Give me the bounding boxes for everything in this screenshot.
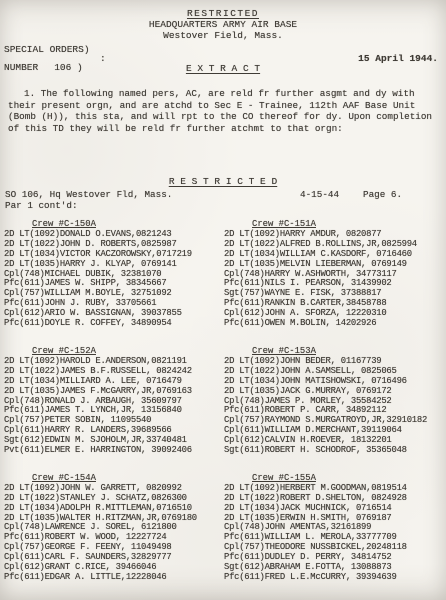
classification-mid-text: R E S T R I C T E D (169, 176, 277, 187)
crew-column-right: Crew #C-151A2D LT(1092)HARRY AMDUR, 0820… (224, 220, 444, 600)
headquarters-line: HEADQUARTERS ARMY AIR BASE (0, 19, 446, 30)
classification-banner-mid: R E S T R I C T E D (0, 176, 446, 187)
extract-title-text: E X T R A C T (186, 63, 260, 74)
order-paragraph: 1. The following named pers, AC, are rel… (8, 88, 442, 134)
crew-member-line: Pfc(611)DOYLE R. COFFEY, 34890954 (4, 319, 224, 329)
crew-member-line: Sgt(611)ROBERT H. SCHODROF, 35365048 (224, 446, 444, 456)
classification-text: RESTRICTED (187, 8, 259, 19)
crew-member-line: Pfc(611)EDGAR A. LITTLE,12228046 (4, 573, 224, 583)
special-orders-label: SPECIAL ORDERS) (4, 44, 90, 55)
location-line: Westover Field, Mass. (0, 30, 446, 41)
crew-column-left: Crew #C-150A2D LT(1092)DONALD O.EVANS,08… (4, 220, 224, 600)
crew-block: Crew #C-152A2D LT(1092)HAROLD E.ANDERSON… (4, 347, 224, 456)
paragraph-continuation-label: Par 1 cont'd: (5, 200, 78, 211)
classification-banner-top: RESTRICTED (0, 8, 446, 19)
crew-block: Crew #C-150A2D LT(1092)DONALD O.EVANS,08… (4, 220, 224, 329)
mid-date: 4-15-44 (300, 189, 339, 200)
document-page: RESTRICTED HEADQUARTERS ARMY AIR BASE We… (0, 0, 446, 600)
crew-member-line: Pfc(611)OWEN M.BOLIN, 14202926 (224, 319, 444, 329)
crew-roster: Crew #C-150A2D LT(1092)DONALD O.EVANS,08… (4, 220, 444, 600)
so-reference: SO 106, Hq Westover Fld, Mass. (5, 189, 172, 200)
crew-member-line: 2D LT(1035)JAMES F.McGARRY,JR,0769163 (4, 387, 224, 397)
crew-block: Crew #C-151A2D LT(1092)HARRY AMDUR, 0820… (224, 220, 444, 329)
crew-member-line: Pvt(611)ELMER E. HARRINGTON, 39092406 (4, 446, 224, 456)
crew-member-line: 2D LT(1035)JACK G.MURRAY, 0769172 (224, 387, 444, 397)
crew-block: Crew #C-153A2D LT(1092)JOHN BEDER, 01167… (224, 347, 444, 456)
crew-member-line: Pfc(611)FRED L.E.McCURRY, 39394639 (224, 573, 444, 583)
extract-title: E X T R A C T (0, 63, 446, 74)
crew-block: Crew #C-154A2D LT(1092)JOHN W. GARRETT, … (4, 474, 224, 583)
page-number: Page 6. (363, 189, 402, 200)
crew-block: Crew #C-155A2D LT(1092)HERBERT M.GOODMAN… (224, 474, 444, 583)
